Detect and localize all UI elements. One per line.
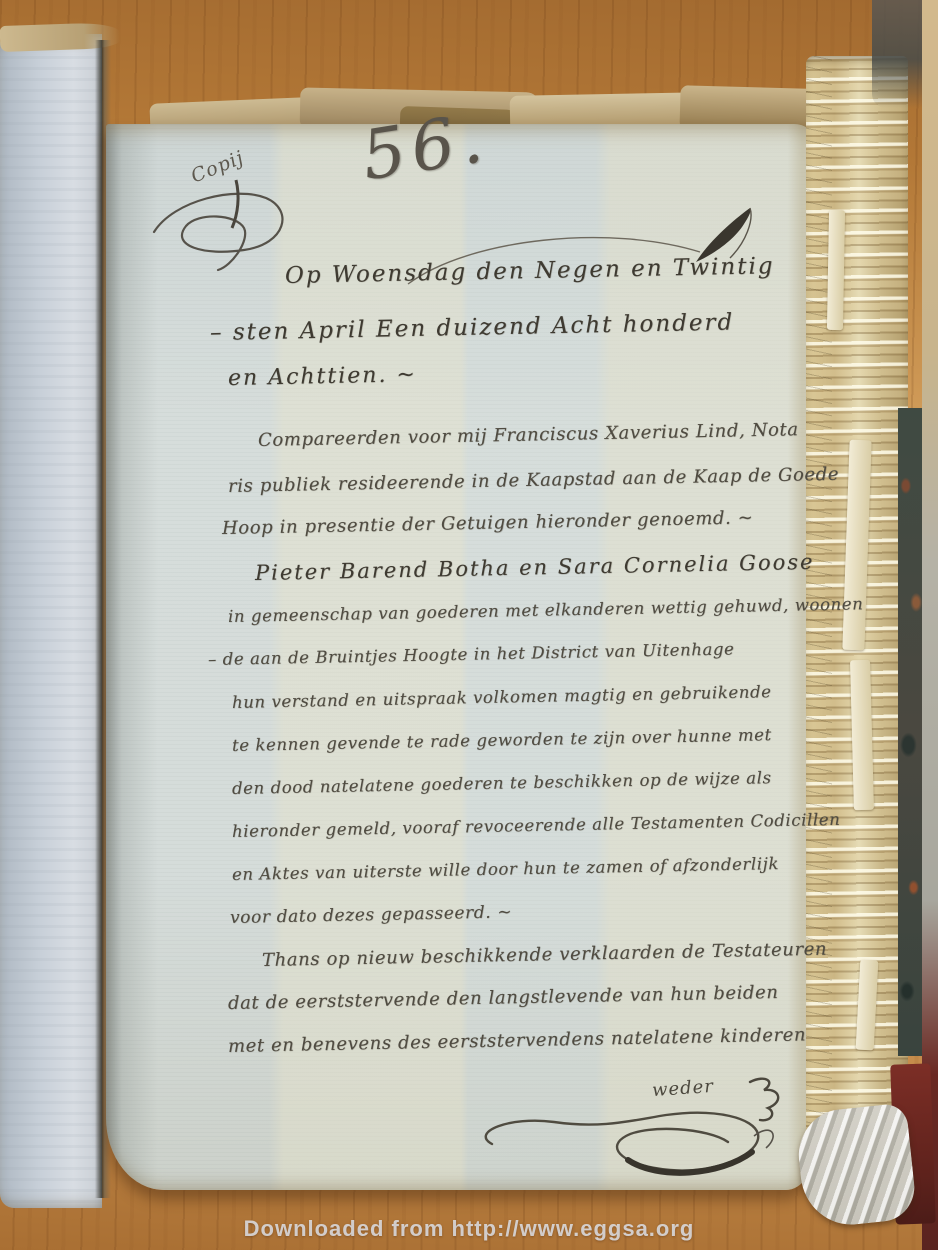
right-background-strip <box>922 0 938 1250</box>
left-page-block <box>0 34 102 1208</box>
dark-cover-corner <box>872 0 928 108</box>
watermark-text: Downloaded from http://www.eggsa.org <box>0 1216 938 1242</box>
protruding-page-tab <box>827 210 845 330</box>
crumpled-page-corner <box>794 1102 918 1229</box>
photographed-manuscript-scene: 56. Copij weder Op Woensdag den Negen en… <box>0 0 938 1250</box>
protruding-page-tab <box>850 660 874 810</box>
manuscript-page <box>106 124 816 1190</box>
marbled-cover-strip <box>898 408 924 1056</box>
